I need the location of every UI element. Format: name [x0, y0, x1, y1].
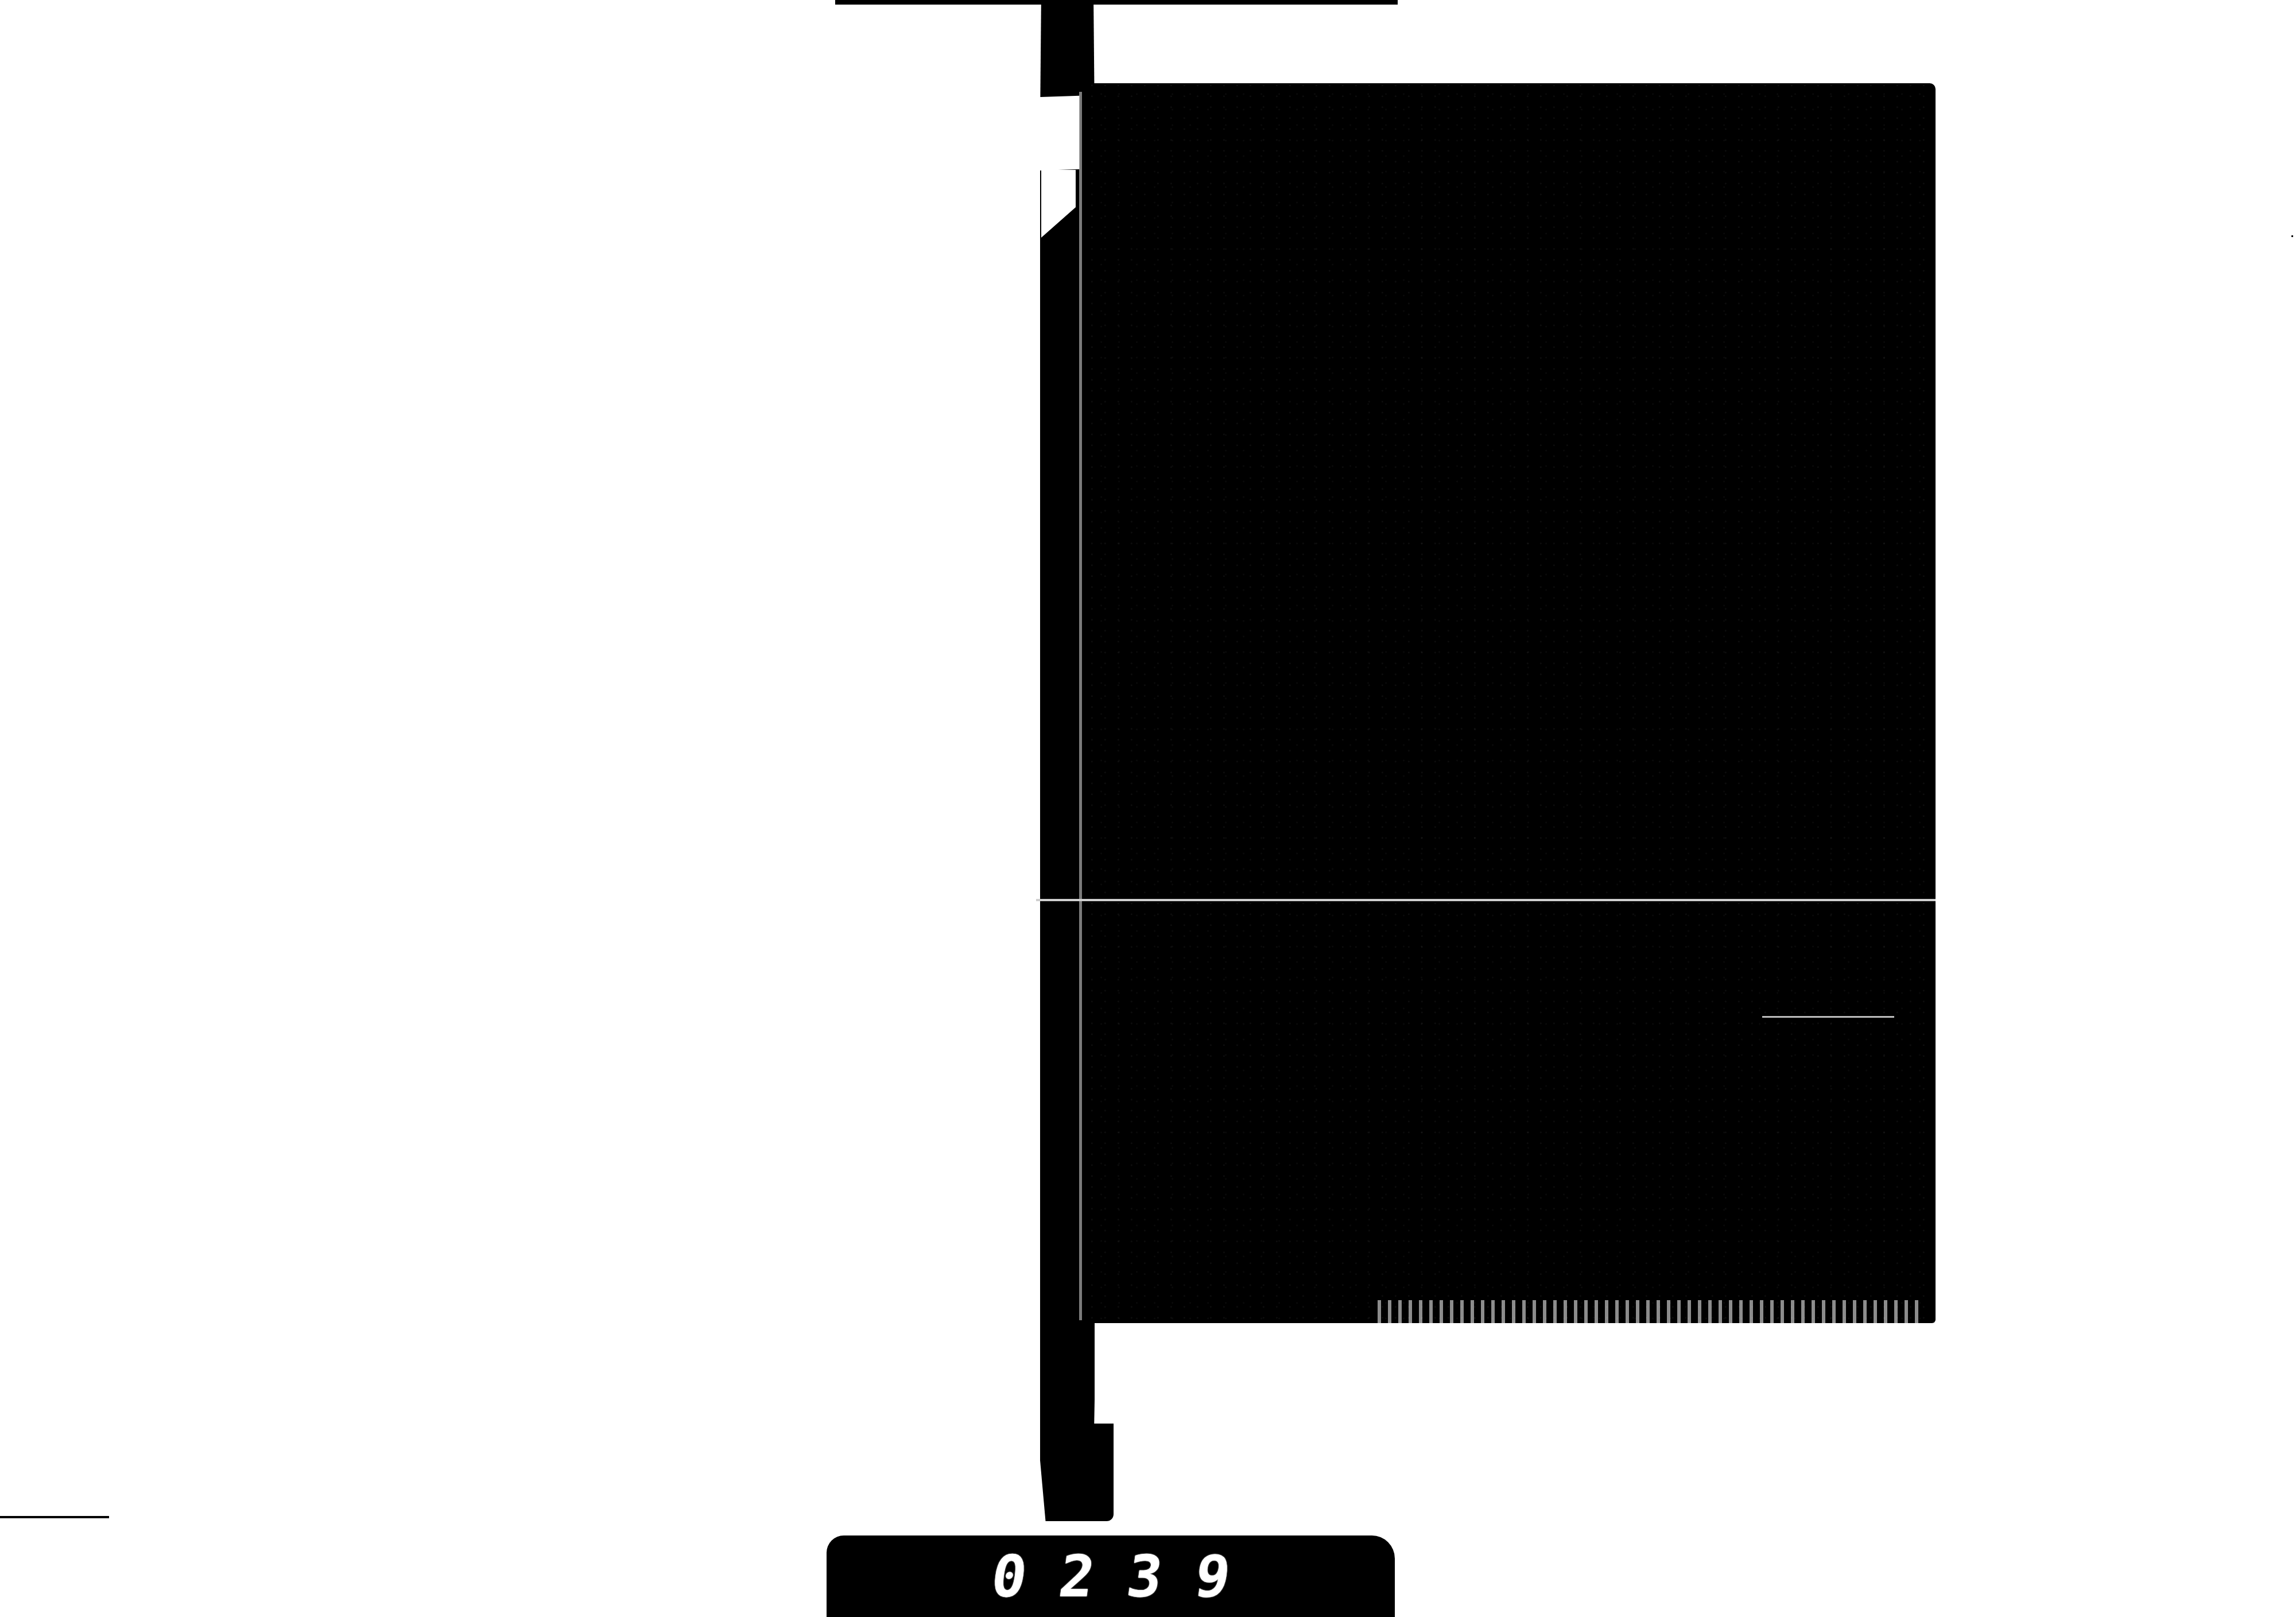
cover-texture [1091, 83, 1936, 1323]
scan-top-edge [835, 0, 1398, 5]
scan-artifact-dot [2291, 235, 2293, 237]
cover-wear [1378, 1300, 1924, 1323]
spine-groove [1079, 92, 1082, 1320]
frame-counter: 0239 [953, 1543, 1267, 1610]
book-cover [1091, 83, 1936, 1323]
cover-scratch [1762, 1016, 1894, 1018]
spine-tail [1068, 1424, 1114, 1521]
spine-label [1037, 96, 1080, 171]
scan-artifact-line [0, 1516, 109, 1518]
frame-counter-plate: 0239 [827, 1535, 1395, 1617]
fold-line [1036, 899, 1936, 901]
